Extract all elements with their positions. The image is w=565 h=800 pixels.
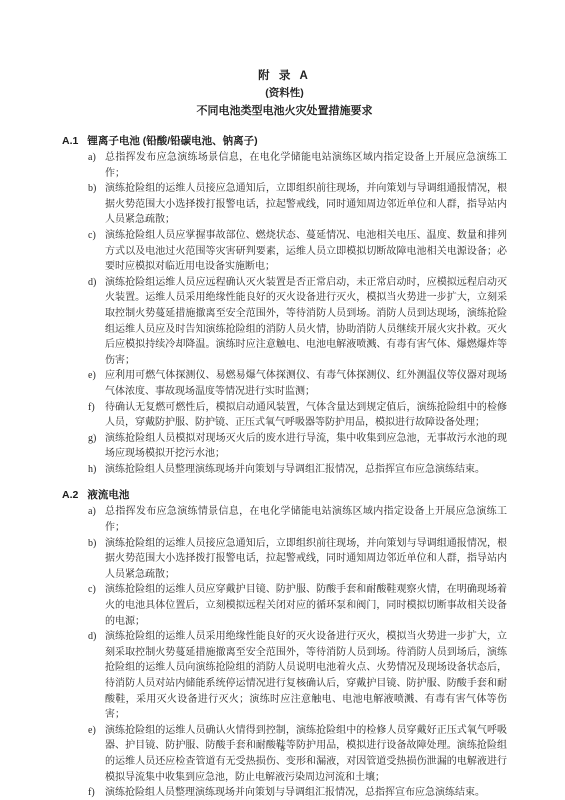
section-items: a) 总指挥发布应急演练情景信息，在电化学储能电站演练区域内指定设备上开展应急演…	[88, 504, 507, 800]
item-text: 演练抢险组人员整理演练现场并向策划与导调组汇报情况，总指挥宣布应急演练结束。	[105, 462, 507, 478]
item-label: e)	[88, 368, 105, 399]
section-heading: A.2 液流电池	[62, 487, 507, 503]
item-text: 演练抢险组运维人员应远程确认灭火装置是否正常启动，未正常启动时，应模拟远程启动灭…	[105, 275, 507, 369]
section-title: 锂离子电池 (铅酸/铅碳电池、钠离子)	[87, 133, 257, 149]
section-title: 液流电池	[87, 487, 129, 503]
item-label: g)	[88, 431, 105, 462]
list-item: f) 演练抢险组人员整理演练现场并向策划与导调组汇报情况，总指挥宣布应急演练结束…	[88, 785, 507, 800]
list-item: a) 总指挥发布应急演练场景信息，在电化学储能电站演练区域内指定设备上开展应急演…	[88, 150, 507, 181]
item-text: 总指挥发布应急演练情景信息，在电化学储能电站演练区域内指定设备上开展应急演练工作…	[105, 504, 507, 535]
item-label: c)	[88, 582, 105, 629]
item-label: a)	[88, 150, 105, 181]
list-item: a) 总指挥发布应急演练情景信息，在电化学储能电站演练区域内指定设备上开展应急演…	[88, 504, 507, 535]
item-text: 应利用可燃气体探测仪、易燃易爆气体探测仪、有毒气体探测仪、红外测温仪等仪器对现场…	[105, 368, 507, 399]
list-item: b) 演练抢险组的运维人员接应急通知后，立即组织前往现场，并向策划与导调组通报情…	[88, 536, 507, 583]
item-label: d)	[88, 629, 105, 723]
item-label: f)	[88, 785, 105, 800]
item-label: b)	[88, 536, 105, 583]
item-text: 演练抢险组的运维人员确认火情得到控制，演练抢险组中的检修人员穿戴好正压式氧气呼吸…	[105, 723, 507, 785]
item-label: a)	[88, 504, 105, 535]
section-items: a) 总指挥发布应急演练场景信息，在电化学储能电站演练区域内指定设备上开展应急演…	[88, 150, 507, 477]
list-item: b) 演练抢险组的运维人员接应急通知后，立即组织前往现场，并向策划与导调组通报情…	[88, 181, 507, 228]
list-item: e) 演练抢险组的运维人员确认火情得到控制，演练抢险组中的检修人员穿戴好正压式氧…	[88, 723, 507, 785]
section-number: A.1	[62, 133, 78, 149]
item-label: c)	[88, 228, 105, 275]
document-page: 附 录 A (资料性) 不同电池类型电池火灾处置措施要求 A.1 锂离子电池 (…	[0, 0, 565, 800]
list-item: c) 演练抢险组人员应掌握事故部位、燃烧状态、蔓延情况、电池相关电压、温度、数量…	[88, 228, 507, 275]
item-label: d)	[88, 275, 105, 369]
item-text: 演练抢险组人员模拟对现场灭火后的废水进行导流，集中收集到应急池，无事故污水池的现…	[105, 431, 507, 462]
list-item: c) 演练抢险组的运维人员应穿戴护目镜、防护服、防酸手套和耐酸鞋观察火情，在明确…	[88, 582, 507, 629]
document-header: 附 录 A (资料性) 不同电池类型电池火灾处置措施要求	[62, 68, 507, 120]
section-a1: A.1 锂离子电池 (铅酸/铅碳电池、钠离子) a) 总指挥发布应急演练场景信息…	[62, 133, 507, 477]
item-text: 演练抢险组人员应掌握事故部位、燃烧状态、蔓延情况、电池相关电压、温度、数量和排列…	[105, 228, 507, 275]
appendix-label: 附 录 A	[62, 68, 507, 85]
list-item: f) 待确认无复燃可燃性后，模拟启动通风装置，气体含量达到规定值后，演练抢险组中…	[88, 400, 507, 431]
item-text: 演练抢险组的运维人员接应急通知后，立即组织前往现场，并向策划与导调组通报情况，根…	[105, 181, 507, 228]
list-item: h) 演练抢险组人员整理演练现场并向策划与导调组汇报情况，总指挥宣布应急演练结束…	[88, 462, 507, 478]
item-text: 总指挥发布应急演练场景信息，在电化学储能电站演练区域内指定设备上开展应急演练工作…	[105, 150, 507, 181]
list-item: g) 演练抢险组人员模拟对现场灭火后的废水进行导流，集中收集到应急池，无事故污水…	[88, 431, 507, 462]
section-heading: A.1 锂离子电池 (铅酸/铅碳电池、钠离子)	[62, 133, 507, 149]
item-label: h)	[88, 462, 105, 478]
section-a2: A.2 液流电池 a) 总指挥发布应急演练情景信息，在电化学储能电站演练区域内指…	[62, 487, 507, 800]
item-text: 待确认无复燃可燃性后，模拟启动通风装置，气体含量达到规定值后，演练抢险组中的检修…	[105, 400, 507, 431]
appendix-title: 不同电池类型电池火灾处置措施要求	[62, 102, 507, 120]
section-number: A.2	[62, 487, 78, 503]
list-item: d) 演练抢险组的运维人员采用绝缘性能良好的灭火设备进行灭火，模拟当火势进一步扩…	[88, 629, 507, 723]
appendix-type: (资料性)	[62, 85, 507, 102]
item-label: e)	[88, 723, 105, 785]
item-text: 演练抢险组的运维人员应穿戴护目镜、防护服、防酸手套和耐酸鞋观察火情，在明确现场着…	[105, 582, 507, 629]
item-label: f)	[88, 400, 105, 431]
item-text: 演练抢险组人员整理演练现场并向策划与导调组汇报情况，总指挥宣布应急演练结束。	[105, 785, 507, 800]
list-item: e) 应利用可燃气体探测仪、易燃易爆气体探测仪、有毒气体探测仪、红外测温仪等仪器…	[88, 368, 507, 399]
item-text: 演练抢险组的运维人员采用绝缘性能良好的灭火设备进行灭火，模拟当火势进一步扩大，立…	[105, 629, 507, 723]
item-text: 演练抢险组的运维人员接应急通知后，立即组织前往现场，并向策划与导调组通报情况，根…	[105, 536, 507, 583]
page-number: 8	[0, 743, 565, 753]
list-item: d) 演练抢险组运维人员应远程确认灭火装置是否正常启动，未正常启动时，应模拟远程…	[88, 275, 507, 369]
item-label: b)	[88, 181, 105, 228]
